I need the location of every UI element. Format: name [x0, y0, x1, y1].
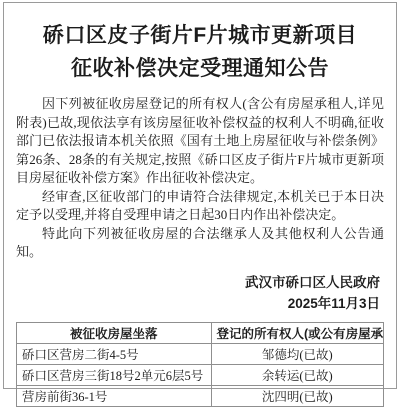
property-address: 硚口区营房二街4-5号: [17, 343, 212, 364]
notice-paragraph-3: 特此向下列被征收房屋的合法继承人及其他权利人公告通知。: [16, 225, 384, 262]
page-title-line-2: 征收补偿决定受理通知公告: [16, 52, 384, 85]
notice-body: 因下列被征收房屋登记的所有权人(含公有房屋承租人,详见附表)已故,现依法享有该房…: [16, 95, 384, 262]
table-row: 硚口区营房二街4-5号 邹德均(已故): [17, 343, 384, 364]
table-row: 硚口区营房三街18号2单元6层5号 余转运(已故): [17, 364, 384, 385]
table-header-row: 被征收房屋坐落 登记的所有权人(或公有房屋承租人)姓名: [17, 322, 384, 343]
notice-paragraph-1: 因下列被征收房屋登记的所有权人(含公有房屋承租人,详见附表)已故,现依法享有该房…: [16, 95, 384, 188]
issuer-name: 武汉市硚口区人民政府: [16, 272, 380, 293]
table-row: 营房前街36-1号 沈四明(已故): [17, 385, 384, 392]
registered-owner: 邹德均(已故): [211, 343, 384, 364]
page-title-line-1: 硚口区皮子街片F片城市更新项目: [16, 19, 384, 52]
column-header-owner: 登记的所有权人(或公有房屋承租人)姓名: [211, 322, 384, 343]
signature-block: 武汉市硚口区人民政府 2025年11月3日: [16, 272, 384, 314]
column-header-address: 被征收房屋坐落: [17, 322, 212, 343]
property-address: 营房前街36-1号: [17, 385, 212, 392]
expropriated-properties-table: 被征收房屋坐落 登记的所有权人(或公有房屋承租人)姓名 硚口区营房二街4-5号 …: [16, 322, 384, 393]
registered-owner: 沈四明(已故): [211, 385, 384, 392]
document-page-frame: 硚口区皮子街片F片城市更新项目 征收补偿决定受理通知公告 因下列被征收房屋登记的…: [3, 2, 397, 389]
page-title: 硚口区皮子街片F片城市更新项目 征收补偿决定受理通知公告: [16, 19, 384, 85]
property-address: 硚口区营房三街18号2单元6层5号: [17, 364, 212, 385]
notice-paragraph-2: 经审查,区征收部门的申请符合法律规定,本机关已于本日决定予以受理,并将自受理申请…: [16, 188, 384, 225]
issue-date: 2025年11月3日: [16, 293, 380, 314]
registered-owner: 余转运(已故): [211, 364, 384, 385]
document-content: 硚口区皮子街片F片城市更新项目 征收补偿决定受理通知公告 因下列被征收房屋登记的…: [4, 3, 396, 388]
